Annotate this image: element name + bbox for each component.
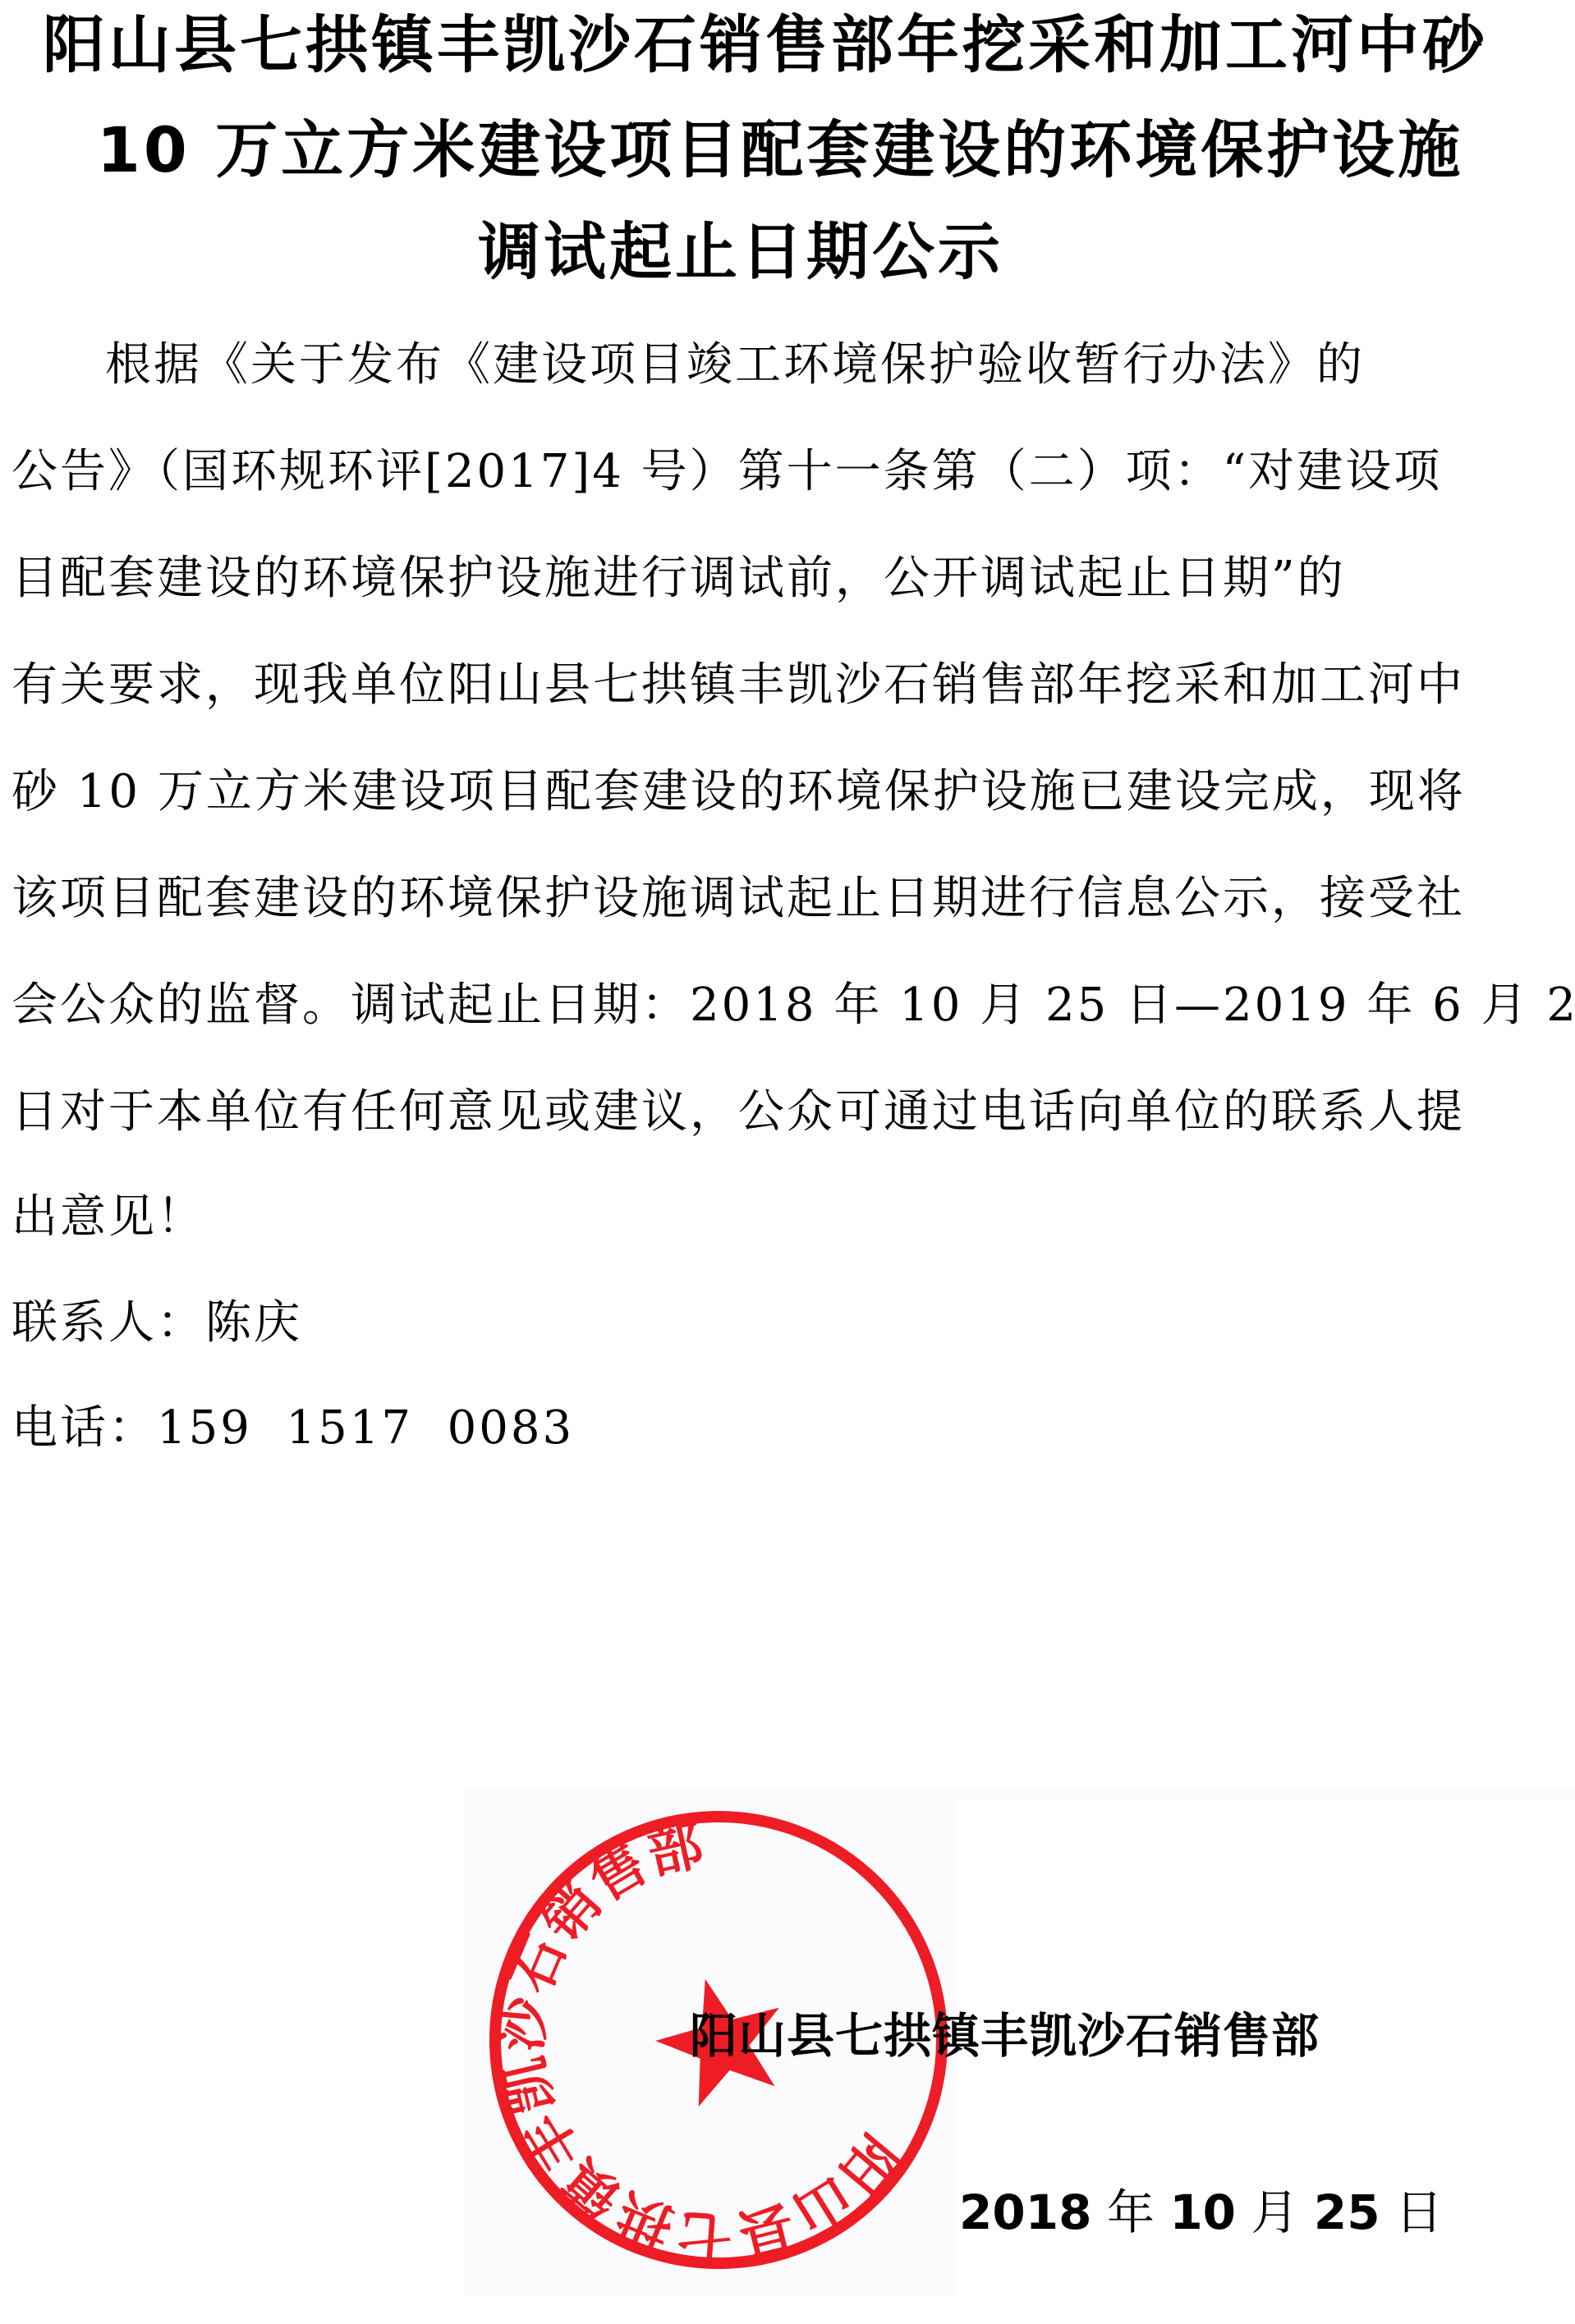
contact-person-label: 联系人： — [11, 1296, 205, 1350]
contact-phone-label: 电话： — [11, 1401, 157, 1455]
body-paragraph-line: 会公众的监督。调试起止日期：2018 年 10 月 25 日—2019 年 6 … — [11, 977, 1575, 1034]
body-paragraph-line: 日对于本单位有任何意见或建议，公众可通过电话向单位的联系人提 — [11, 1084, 1465, 1141]
contact-phone-number: 159 1517 0083 — [157, 1401, 574, 1455]
body-paragraph-line: 砂 10 万立方米建设项目配套建设的环境保护设施已建设完成，现将 — [11, 763, 1466, 821]
document-title-line-2: 10 万立方米建设项目配套建设的环境保护设施 — [97, 113, 1575, 187]
signing-date: 2018 年 10 月 25 日 — [959, 2184, 1443, 2241]
body-paragraph-line: 出意见！ — [11, 1189, 205, 1246]
body-paragraph-line: 目配套建设的环境保护设施进行调试前，公开调试起止日期”的 — [11, 550, 1346, 607]
date-day: 25 — [1314, 2184, 1380, 2240]
contact-person: 联系人：陈庆 — [11, 1295, 302, 1352]
contact-person-name: 陈庆 — [205, 1296, 302, 1350]
date-year-unit: 年 — [1091, 2184, 1169, 2240]
date-year: 2018 — [959, 2184, 1091, 2240]
contact-phone: 电话：159 1517 0083 — [11, 1400, 574, 1457]
date-day-unit: 日 — [1380, 2184, 1443, 2240]
stamp-scan-edge — [957, 1788, 1575, 1799]
signing-organization: 阳山县七拱镇丰凯沙石销售部 — [690, 2007, 1320, 2065]
document-title-line-3: 调试起止日期公示 — [478, 215, 1575, 289]
date-month-unit: 月 — [1236, 2184, 1314, 2240]
body-paragraph-line: 有关要求，现我单位阳山县七拱镇丰凯沙石销售部年挖采和加工河中 — [11, 657, 1465, 714]
body-paragraph-line: 公告》（国环规环评[2017]4 号）第十一条第（二）项：“对建设项 — [11, 443, 1442, 501]
body-paragraph-line: 该项目配套建设的环境保护设施调试起止日期进行信息公示，接受社 — [11, 870, 1465, 928]
date-month: 10 — [1169, 2184, 1236, 2240]
document-title-line-1: 阳山县七拱镇丰凯沙石销售部年挖采和加工河中砂 — [43, 8, 1575, 82]
body-paragraph-line: 根据《关于发布《建设项目竣工环境保护验收暂行办法》的 — [105, 337, 1365, 394]
